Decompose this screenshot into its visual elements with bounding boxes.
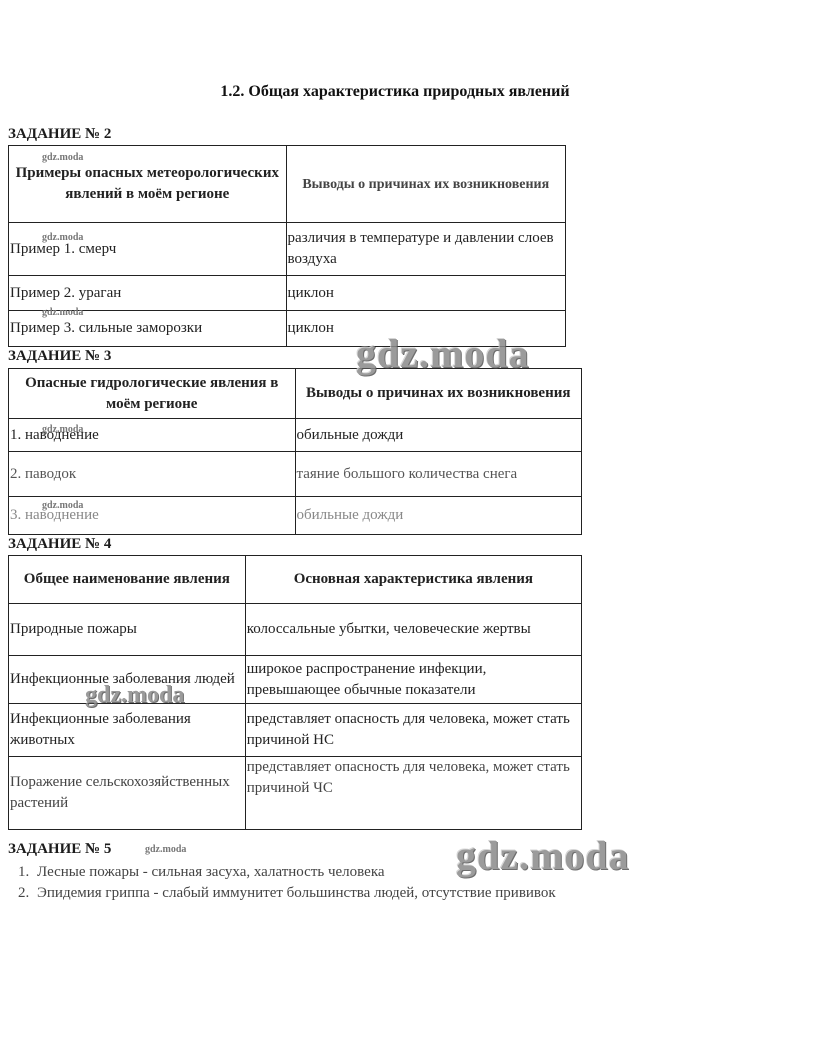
task2-heading: ЗАДАНИЕ № 2 (8, 126, 111, 143)
task3-table: Опасные гидрологические явления в моём р… (8, 368, 582, 535)
watermark-large: gdz.moda (456, 832, 630, 879)
table-cell: таяние большого количества снега (295, 452, 581, 497)
table-cell: широкое распространение инфекции, превыш… (245, 656, 581, 704)
table-cell: обильные дожди (295, 497, 581, 535)
table-cell: циклон (286, 276, 565, 311)
table-row: Поражение сельскохозяйственных растений … (9, 757, 582, 830)
table-cell: Пример 2. ураган (9, 276, 287, 311)
watermark-small: gdz.moda (42, 232, 83, 243)
table-cell: 2. паводок (9, 452, 296, 497)
column-header: Основная характеристика явления (245, 556, 581, 604)
table-cell: представляет опасность для человека, мож… (245, 757, 581, 830)
table-row: Пример 1. смерч различия в температуре и… (9, 223, 566, 276)
table-cell: Инфекционные заболевания животных (9, 704, 246, 757)
task3-heading: ЗАДАНИЕ № 3 (8, 348, 111, 365)
table-header-row: Примеры опасных метеорологических явлени… (9, 146, 566, 223)
table-header-row: Общее наименование явления Основная хара… (9, 556, 582, 604)
task2-table: Примеры опасных метеорологических явлени… (8, 145, 566, 347)
watermark-small: gdz.moda (145, 844, 186, 855)
table-cell: колоссальные убытки, человеческие жертвы (245, 604, 581, 656)
watermark-small: gdz.moda (42, 424, 83, 435)
list-item: Эпидемия гриппа - слабый иммунитет больш… (33, 883, 556, 904)
table-cell: Пример 1. смерч (9, 223, 287, 276)
column-header: Выводы о причинах их возникновения (286, 146, 565, 223)
task4-heading: ЗАДАНИЕ № 4 (8, 536, 111, 553)
watermark-medium: gdz.moda (85, 682, 184, 709)
table-cell: представляет опасность для человека, мож… (245, 704, 581, 757)
table-cell: обильные дожди (295, 419, 581, 452)
table-row: Пример 2. ураган циклон (9, 276, 566, 311)
table-cell: Природные пожары (9, 604, 246, 656)
table-row: Природные пожары колоссальные убытки, че… (9, 604, 582, 656)
watermark-small: gdz.moda (42, 307, 83, 318)
page-title: 1.2. Общая характеристика природных явле… (0, 83, 790, 101)
watermark-small: gdz.moda (42, 500, 83, 511)
table-cell: различия в температуре и давлении слоев … (286, 223, 565, 276)
watermark-large: gdz.moda (356, 330, 530, 377)
table-cell: Поражение сельскохозяйственных растений (9, 757, 246, 830)
table-row: Инфекционные заболевания животных предст… (9, 704, 582, 757)
table-row: 1. наводнение обильные дожди (9, 419, 582, 452)
table-row: 3. наводнение обильные дожди (9, 497, 582, 535)
table-row: 2. паводок таяние большого количества сн… (9, 452, 582, 497)
column-header: Общее наименование явления (9, 556, 246, 604)
task5-heading: ЗАДАНИЕ № 5 (8, 841, 111, 858)
watermark-small: gdz.moda (42, 152, 83, 163)
column-header: Опасные гидрологические явления в моём р… (9, 369, 296, 419)
